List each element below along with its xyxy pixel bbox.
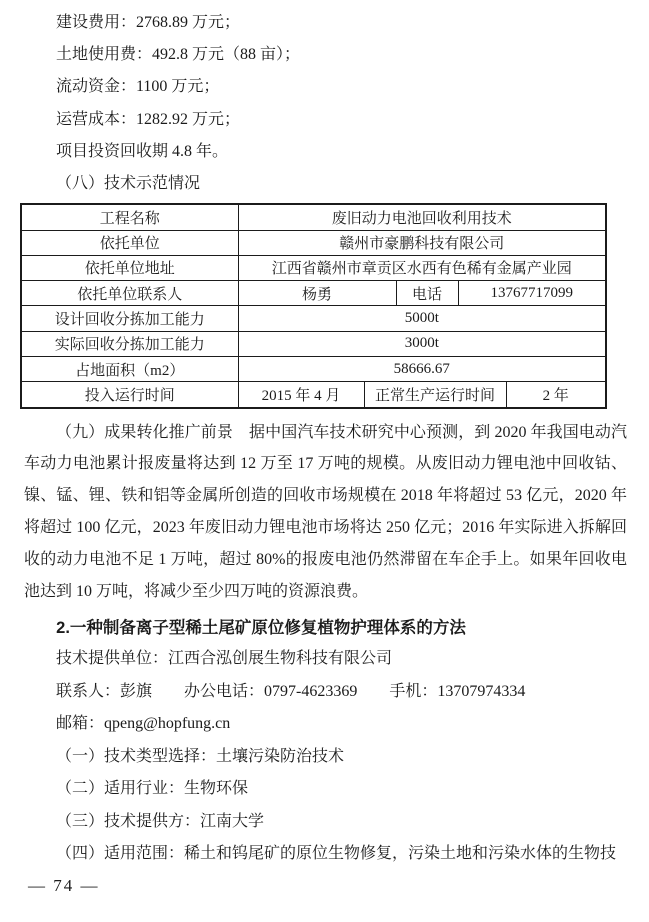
table-row-org-address: 依托单位地址 江西省赣州市章贡区水西有色稀有金属产业园	[21, 255, 606, 280]
project-name-value: 废旧动力电池回收利用技术	[238, 204, 606, 230]
table-row-area: 占地面积（m2） 58666.67	[21, 357, 606, 382]
contact-phone-number: 13767717099	[458, 281, 606, 306]
design-capacity-value: 5000t	[238, 306, 606, 331]
table-row-project-name: 工程名称 废旧动力电池回收利用技术	[21, 204, 606, 230]
industry-line: （二）适用行业：生物环保	[24, 773, 627, 806]
org-label: 依托单位	[21, 230, 238, 255]
section9-paragraph: （九）成果转化推广前景 据中国汽车技术研究中心预测，到 2020 年我国电动汽车…	[24, 417, 627, 608]
table-row-actual-capacity: 实际回收分拣加工能力 3000t	[21, 331, 606, 356]
section2-heading: 2.一种制备离子型稀土尾矿原位修复植物护理体系的方法	[24, 614, 627, 643]
area-value: 58666.67	[238, 357, 606, 382]
page-content: 建设费用：2768.89 万元； 土地使用费：492.8 万元（88 亩）； 流…	[24, 0, 627, 871]
operation-normal-value: 2 年	[506, 382, 606, 408]
working-capital-line: 流动资金：1100 万元；	[24, 71, 627, 103]
section8-heading: （八）技术示范情况	[24, 168, 627, 200]
table-row-contact: 依托单位联系人 杨勇 电话 13767717099	[21, 281, 606, 306]
email-line: 邮箱：qpeng@hopfung.cn	[24, 708, 627, 741]
provider-party-line: （三）技术提供方：江南大学	[24, 806, 627, 839]
org-address-value: 江西省赣州市章贡区水西有色稀有金属产业园	[238, 255, 606, 280]
contact-label: 依托单位联系人	[21, 281, 238, 306]
table-row-operation: 投入运行时间 2015 年 4 月 正常生产运行时间 2 年	[21, 382, 606, 408]
area-label: 占地面积（m2）	[21, 357, 238, 382]
org-address-label: 依托单位地址	[21, 255, 238, 280]
design-capacity-label: 设计回收分拣加工能力	[21, 306, 238, 331]
operation-start-label: 投入运行时间	[21, 382, 238, 408]
page-number: — 74 —	[28, 876, 100, 896]
demonstration-table: 工程名称 废旧动力电池回收利用技术 依托单位 赣州市豪鹏科技有限公司 依托单位地…	[20, 203, 607, 408]
table-row-org: 依托单位 赣州市豪鹏科技有限公司	[21, 230, 606, 255]
org-value: 赣州市豪鹏科技有限公司	[238, 230, 606, 255]
project-name-label: 工程名称	[21, 204, 238, 230]
payback-period-line: 项目投资回收期 4.8 年。	[24, 136, 627, 168]
operating-cost-line: 运营成本：1282.92 万元；	[24, 104, 627, 136]
actual-capacity-label: 实际回收分拣加工能力	[21, 331, 238, 356]
land-use-fee-line: 土地使用费：492.8 万元（88 亩）；	[24, 39, 627, 71]
contact-phone-label: 电话	[396, 281, 458, 306]
operation-normal-label: 正常生产运行时间	[364, 382, 506, 408]
tech-provider-line: 技术提供单位：江西合泓创展生物科技有限公司	[24, 643, 627, 676]
actual-capacity-value: 3000t	[238, 331, 606, 356]
construction-cost-line: 建设费用：2768.89 万元；	[24, 7, 627, 39]
operation-start-value: 2015 年 4 月	[238, 382, 364, 408]
contact-info-line: 联系人：彭旗 办公电话：0797-4623369 手机：13707974334	[24, 676, 627, 709]
tech-type-line: （一）技术类型选择：土壤污染防治技术	[24, 741, 627, 774]
table-row-design-capacity: 设计回收分拣加工能力 5000t	[21, 306, 606, 331]
document-page: 建设费用：2768.89 万元； 土地使用费：492.8 万元（88 亩）； 流…	[0, 0, 649, 922]
contact-name: 杨勇	[238, 281, 396, 306]
scope-line: （四）适用范围：稀土和钨尾矿的原位生物修复，污染土地和污染水体的生物技	[24, 838, 627, 871]
